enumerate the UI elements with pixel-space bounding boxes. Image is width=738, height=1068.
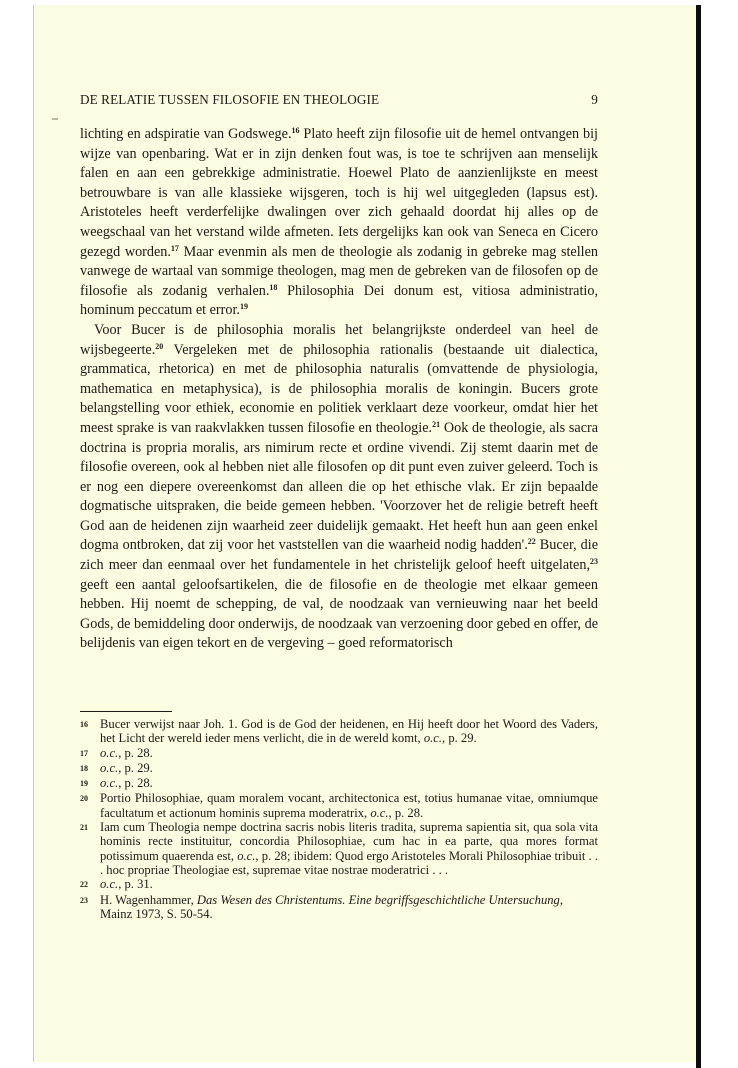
text-run: , p. 29. bbox=[442, 731, 477, 745]
text-run: Bucer verwijst naar Joh. 1. God is de Go… bbox=[100, 717, 598, 745]
body-text: lichting en adspiratie van Godswege.16 P… bbox=[80, 125, 598, 654]
text-run: Ook de theologie, als sacra doctrina is … bbox=[80, 420, 598, 554]
text-run: o.c. bbox=[424, 731, 442, 745]
page-number: 9 bbox=[591, 92, 598, 108]
paragraph-1: lichting en adspiratie van Godswege.16 P… bbox=[80, 125, 598, 321]
footnote-number: 18 bbox=[80, 761, 100, 776]
text-run: , p. 31. bbox=[118, 877, 153, 891]
text-run: geeft een aantal geloofsartikelen, die d… bbox=[80, 577, 598, 652]
footnote-20: 20 Portio Philosophiae, quam moralem voc… bbox=[80, 791, 598, 820]
footnote-text: Portio Philosophiae, quam moralem vocant… bbox=[100, 791, 598, 820]
footnote-text: Iam cum Theologia nempe doctrina sacris … bbox=[100, 820, 598, 877]
text-run: o.c. bbox=[237, 849, 255, 863]
footnote-19: 19 o.c., p. 28. bbox=[80, 776, 598, 791]
footnote-text: o.c., p. 28. bbox=[100, 776, 598, 791]
footnote-ref[interactable]: 22 bbox=[528, 537, 536, 546]
footnote-text: o.c., p. 31. bbox=[100, 877, 598, 892]
footnote-ref[interactable]: 21 bbox=[432, 420, 440, 429]
text-run: o.c. bbox=[100, 746, 118, 760]
text-run: o.c. bbox=[370, 806, 388, 820]
footnotes: 16 Bucer verwijst naar Joh. 1. God is de… bbox=[80, 717, 598, 921]
text-run: H. Wagenhammer, bbox=[100, 893, 197, 907]
footnote-ref[interactable]: 17 bbox=[171, 244, 179, 253]
footnote-number: 19 bbox=[80, 776, 100, 791]
text-run: , p. 28. bbox=[389, 806, 424, 820]
footnote-text: o.c., p. 29. bbox=[100, 761, 598, 776]
paragraph-2: Voor Bucer is de philosophia moralis het… bbox=[80, 321, 598, 654]
footnote-number: 20 bbox=[80, 791, 100, 820]
footnote-21: 21 Iam cum Theologia nempe doctrina sacr… bbox=[80, 820, 598, 877]
footnote-separator bbox=[80, 711, 172, 712]
footnote-number: 17 bbox=[80, 746, 100, 761]
scan-edge-shadow bbox=[696, 5, 701, 1068]
text-run: o.c. bbox=[100, 761, 118, 775]
running-head: DE RELATIE TUSSEN FILOSOFIE EN THEOLOGIE… bbox=[80, 92, 598, 108]
book-title: Das Wesen des Christentums. Eine begriff… bbox=[197, 893, 560, 907]
footnote-23: 23 H. Wagenhammer, Das Wesen des Christe… bbox=[80, 893, 598, 922]
footnote-number: 22 bbox=[80, 877, 100, 892]
footnote-18: 18 o.c., p. 29. bbox=[80, 761, 598, 776]
text-run: , p. 28. bbox=[118, 746, 153, 760]
text-run: , p. 29. bbox=[118, 761, 153, 775]
footnote-text: o.c., p. 28. bbox=[100, 746, 598, 761]
footnote-text: H. Wagenhammer, Das Wesen des Christentu… bbox=[100, 893, 598, 922]
footnote-22: 22 o.c., p. 31. bbox=[80, 877, 598, 892]
footnote-number: 16 bbox=[80, 717, 100, 746]
footnote-16: 16 Bucer verwijst naar Joh. 1. God is de… bbox=[80, 717, 598, 746]
text-run: , p. 28. bbox=[118, 776, 153, 790]
footnote-ref[interactable]: 19 bbox=[240, 302, 248, 311]
text-run: Portio Philosophiae, quam moralem vocant… bbox=[100, 791, 598, 819]
running-head-title: DE RELATIE TUSSEN FILOSOFIE EN THEOLOGIE bbox=[80, 92, 379, 108]
margin-mark bbox=[52, 118, 58, 120]
footnote-number: 21 bbox=[80, 820, 100, 877]
text-run: o.c. bbox=[100, 776, 118, 790]
footnote-text: Bucer verwijst naar Joh. 1. God is de Go… bbox=[100, 717, 598, 746]
footnote-number: 23 bbox=[80, 893, 100, 922]
footnote-ref[interactable]: 16 bbox=[292, 126, 300, 135]
text-run: o.c. bbox=[100, 877, 118, 891]
text-run: lichting en adspiratie van Godswege. bbox=[80, 126, 292, 142]
footnote-ref[interactable]: 23 bbox=[590, 557, 598, 566]
text-run: Plato heeft zijn filosofie uit de hemel … bbox=[80, 126, 598, 260]
footnote-17: 17 o.c., p. 28. bbox=[80, 746, 598, 761]
